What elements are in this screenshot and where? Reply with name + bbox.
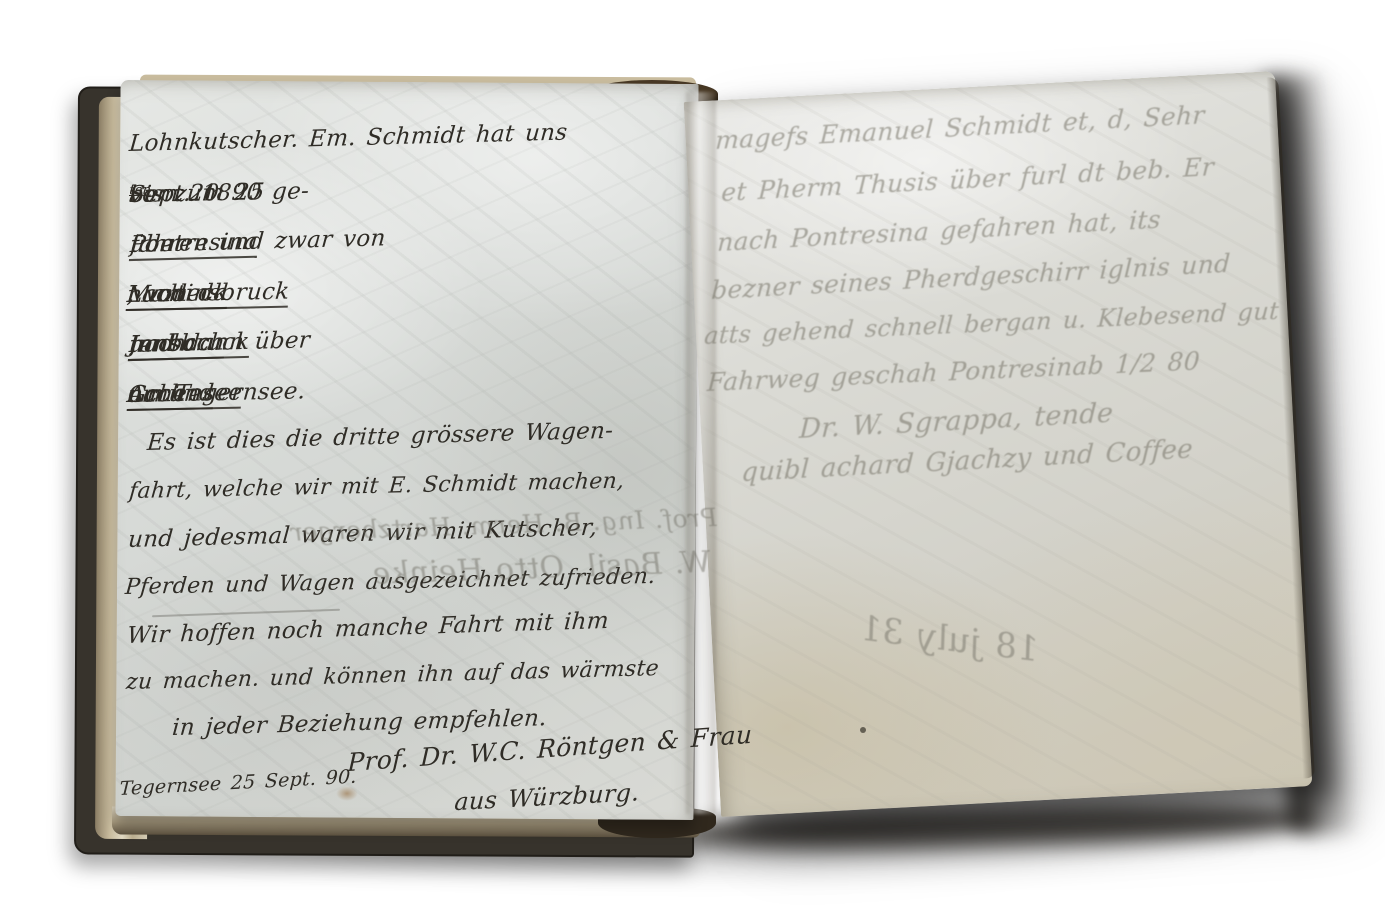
ink-speck xyxy=(860,727,866,733)
book-gutter xyxy=(686,92,716,814)
photo-of-guestbook: Lohnkutscher. Em. Schmidt hat unsvom 20t… xyxy=(0,0,1385,917)
